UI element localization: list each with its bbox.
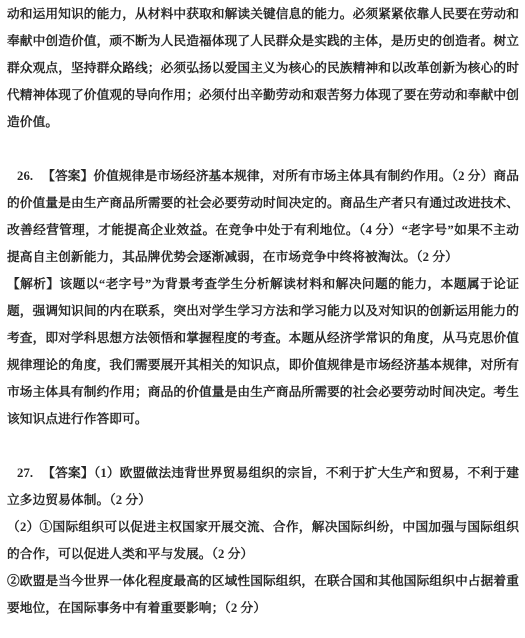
q26-analysis-text: 【解析】该题以“老字号”为背景考查学生分析解读材料和解决问题的能力，本题属于论证… bbox=[7, 277, 519, 426]
q27-answer-part2-paragraph: （2）①国际组织可以促进主权国家开展交流、合作，解决国际纠纷，中国加强与国际组织… bbox=[7, 514, 519, 568]
q27-question-number: 27. bbox=[17, 460, 33, 487]
intro-continuation-text: 动和运用知识的能力，从材料中获取和解读关键信息的能力。必须紧紧依靠人民要在劳动和… bbox=[7, 7, 519, 129]
q27-answer-part3-paragraph: ②欧盟是当今世界一体化程度最高的区域性国际组织，在联合国和其他国际组织中占据着重… bbox=[7, 568, 519, 622]
document-page: 动和运用知识的能力，从材料中获取和解读关键信息的能力。必须紧紧依靠人民要在劳动和… bbox=[0, 0, 525, 638]
q26-answer-paragraph: 26.【答案】价值规律是市场经济基本规律，对所有市场主体具有制约作用。（2 分）… bbox=[7, 163, 519, 271]
q27-answer-part3-text: ②欧盟是当今世界一体化程度最高的区域性国际组织，在联合国和其他国际组织中占据着重… bbox=[7, 574, 519, 615]
q27-answer-part1-text: 【答案】（1）欧盟做法违背世界贸易组织的宗旨，不利于扩大生产和贸易，不利于建立多… bbox=[7, 466, 519, 507]
q26-answer-text: 【答案】价值规律是市场经济基本规律，对所有市场主体具有制约作用。（2 分）商品的… bbox=[7, 169, 519, 264]
q26-question-number: 26. bbox=[17, 163, 33, 190]
document-text-area: 动和运用知识的能力，从材料中获取和解读关键信息的能力。必须紧紧依靠人民要在劳动和… bbox=[0, 0, 525, 638]
q26-analysis-paragraph: 【解析】该题以“老字号”为背景考查学生分析解读材料和解决问题的能力，本题属于论证… bbox=[7, 271, 519, 433]
q27-answer-paragraph: 27.【答案】（1）欧盟做法违背世界贸易组织的宗旨，不利于扩大生产和贸易，不利于… bbox=[7, 460, 519, 514]
intro-continuation-paragraph: 动和运用知识的能力，从材料中获取和解读关键信息的能力。必须紧紧依靠人民要在劳动和… bbox=[7, 1, 519, 136]
q27-answer-part2-text: （2）①国际组织可以促进主权国家开展交流、合作，解决国际纠纷，中国加强与国际组织… bbox=[7, 520, 519, 561]
